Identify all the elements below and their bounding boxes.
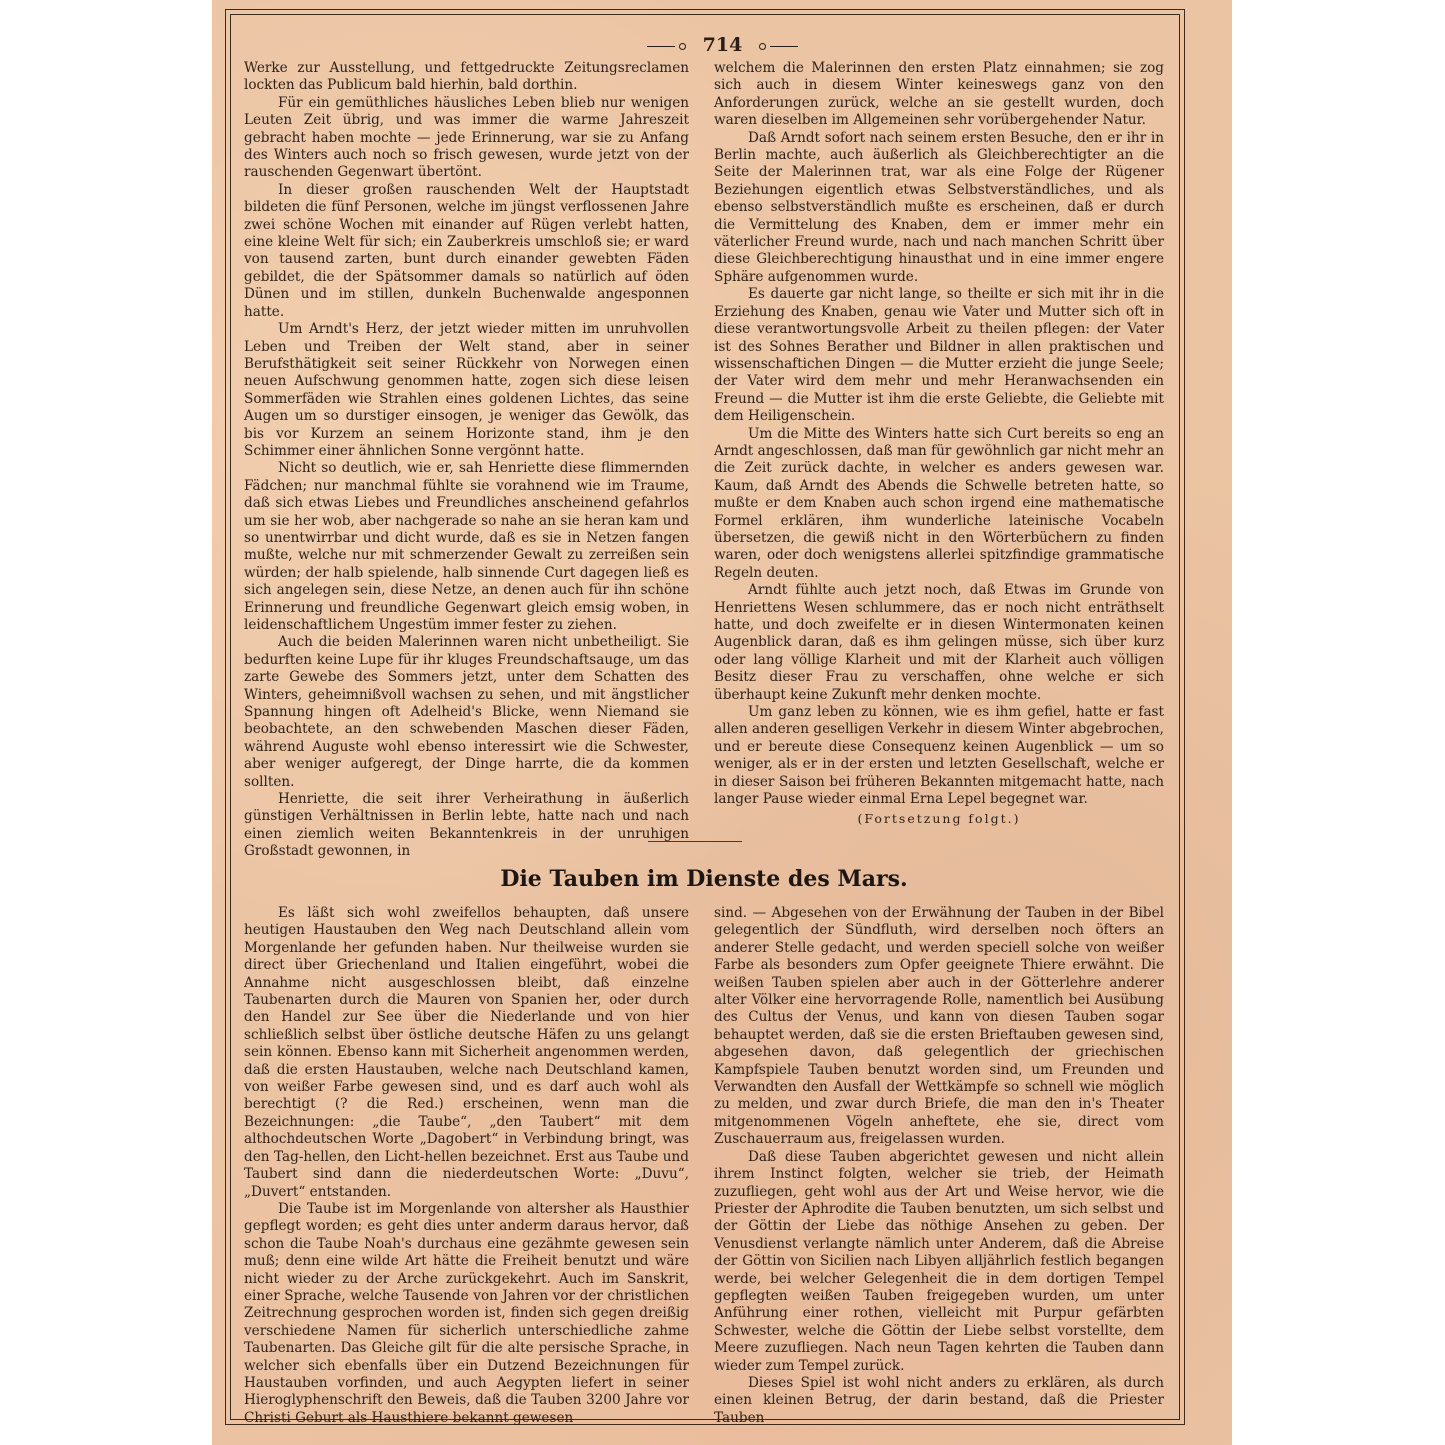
paragraph: Arndt fühlte auch jetzt noch, daß Etwas … xyxy=(714,582,1164,704)
paragraph: Henriette, die seit ihrer Verheirathung … xyxy=(244,791,689,861)
paragraph: sind. — Abgesehen von der Erwähnung der … xyxy=(714,905,1164,1149)
paragraph: Daß diese Tauben abgerichtet gewesen und… xyxy=(714,1149,1164,1375)
paragraph: Für ein gemüthliches häusliches Leben bl… xyxy=(244,95,689,182)
paragraph: Werke zur Ausstellung, und fettgedruckte… xyxy=(244,60,689,95)
ornament-dot-right xyxy=(759,43,766,50)
paragraph: Um Arndt's Herz, der jetzt wieder mitten… xyxy=(244,321,689,460)
paragraph: Um die Mitte des Winters hatte sich Curt… xyxy=(714,426,1164,583)
story-column-right: welchem die Malerinnen den ersten Platz … xyxy=(714,60,1164,828)
paragraph: Daß Arndt sofort nach seinem ersten Besu… xyxy=(714,130,1164,287)
continuation-note: (Fortsetzung folgt.) xyxy=(714,810,1164,827)
paragraph: welchem die Malerinnen den ersten Platz … xyxy=(714,60,1164,130)
section-divider xyxy=(648,841,742,842)
page-number: 714 xyxy=(703,34,743,56)
paragraph: Nicht so deutlich, wie er, sah Henriette… xyxy=(244,460,689,634)
paragraph: Um ganz leben zu können, wie es ihm gefi… xyxy=(714,704,1164,808)
paragraph: In dieser großen rauschenden Welt der Ha… xyxy=(244,182,689,321)
article-column-left: Es läßt sich wohl zweifellos behaupten, … xyxy=(244,905,689,1427)
page-header: 714 xyxy=(0,34,1445,56)
ornament-rule-left xyxy=(647,46,675,47)
ornament-dot-left xyxy=(679,43,686,50)
paragraph: Die Taube ist im Morgenlande von altersh… xyxy=(244,1201,689,1427)
paragraph: Es läßt sich wohl zweifellos behaupten, … xyxy=(244,905,689,1201)
paragraph: Auch die beiden Malerinnen waren nicht u… xyxy=(244,634,689,791)
ornament-rule-right xyxy=(770,46,798,47)
story-column-left: Werke zur Ausstellung, und fettgedruckte… xyxy=(244,60,689,861)
paragraph: Es dauerte gar nicht lange, so theilte e… xyxy=(714,286,1164,425)
article-title: Die Tauben im Dienste des Mars. xyxy=(230,866,1178,892)
article-column-right: sind. — Abgesehen von der Erwähnung der … xyxy=(714,905,1164,1427)
paragraph: Dieses Spiel ist wohl nicht anders zu er… xyxy=(714,1375,1164,1427)
